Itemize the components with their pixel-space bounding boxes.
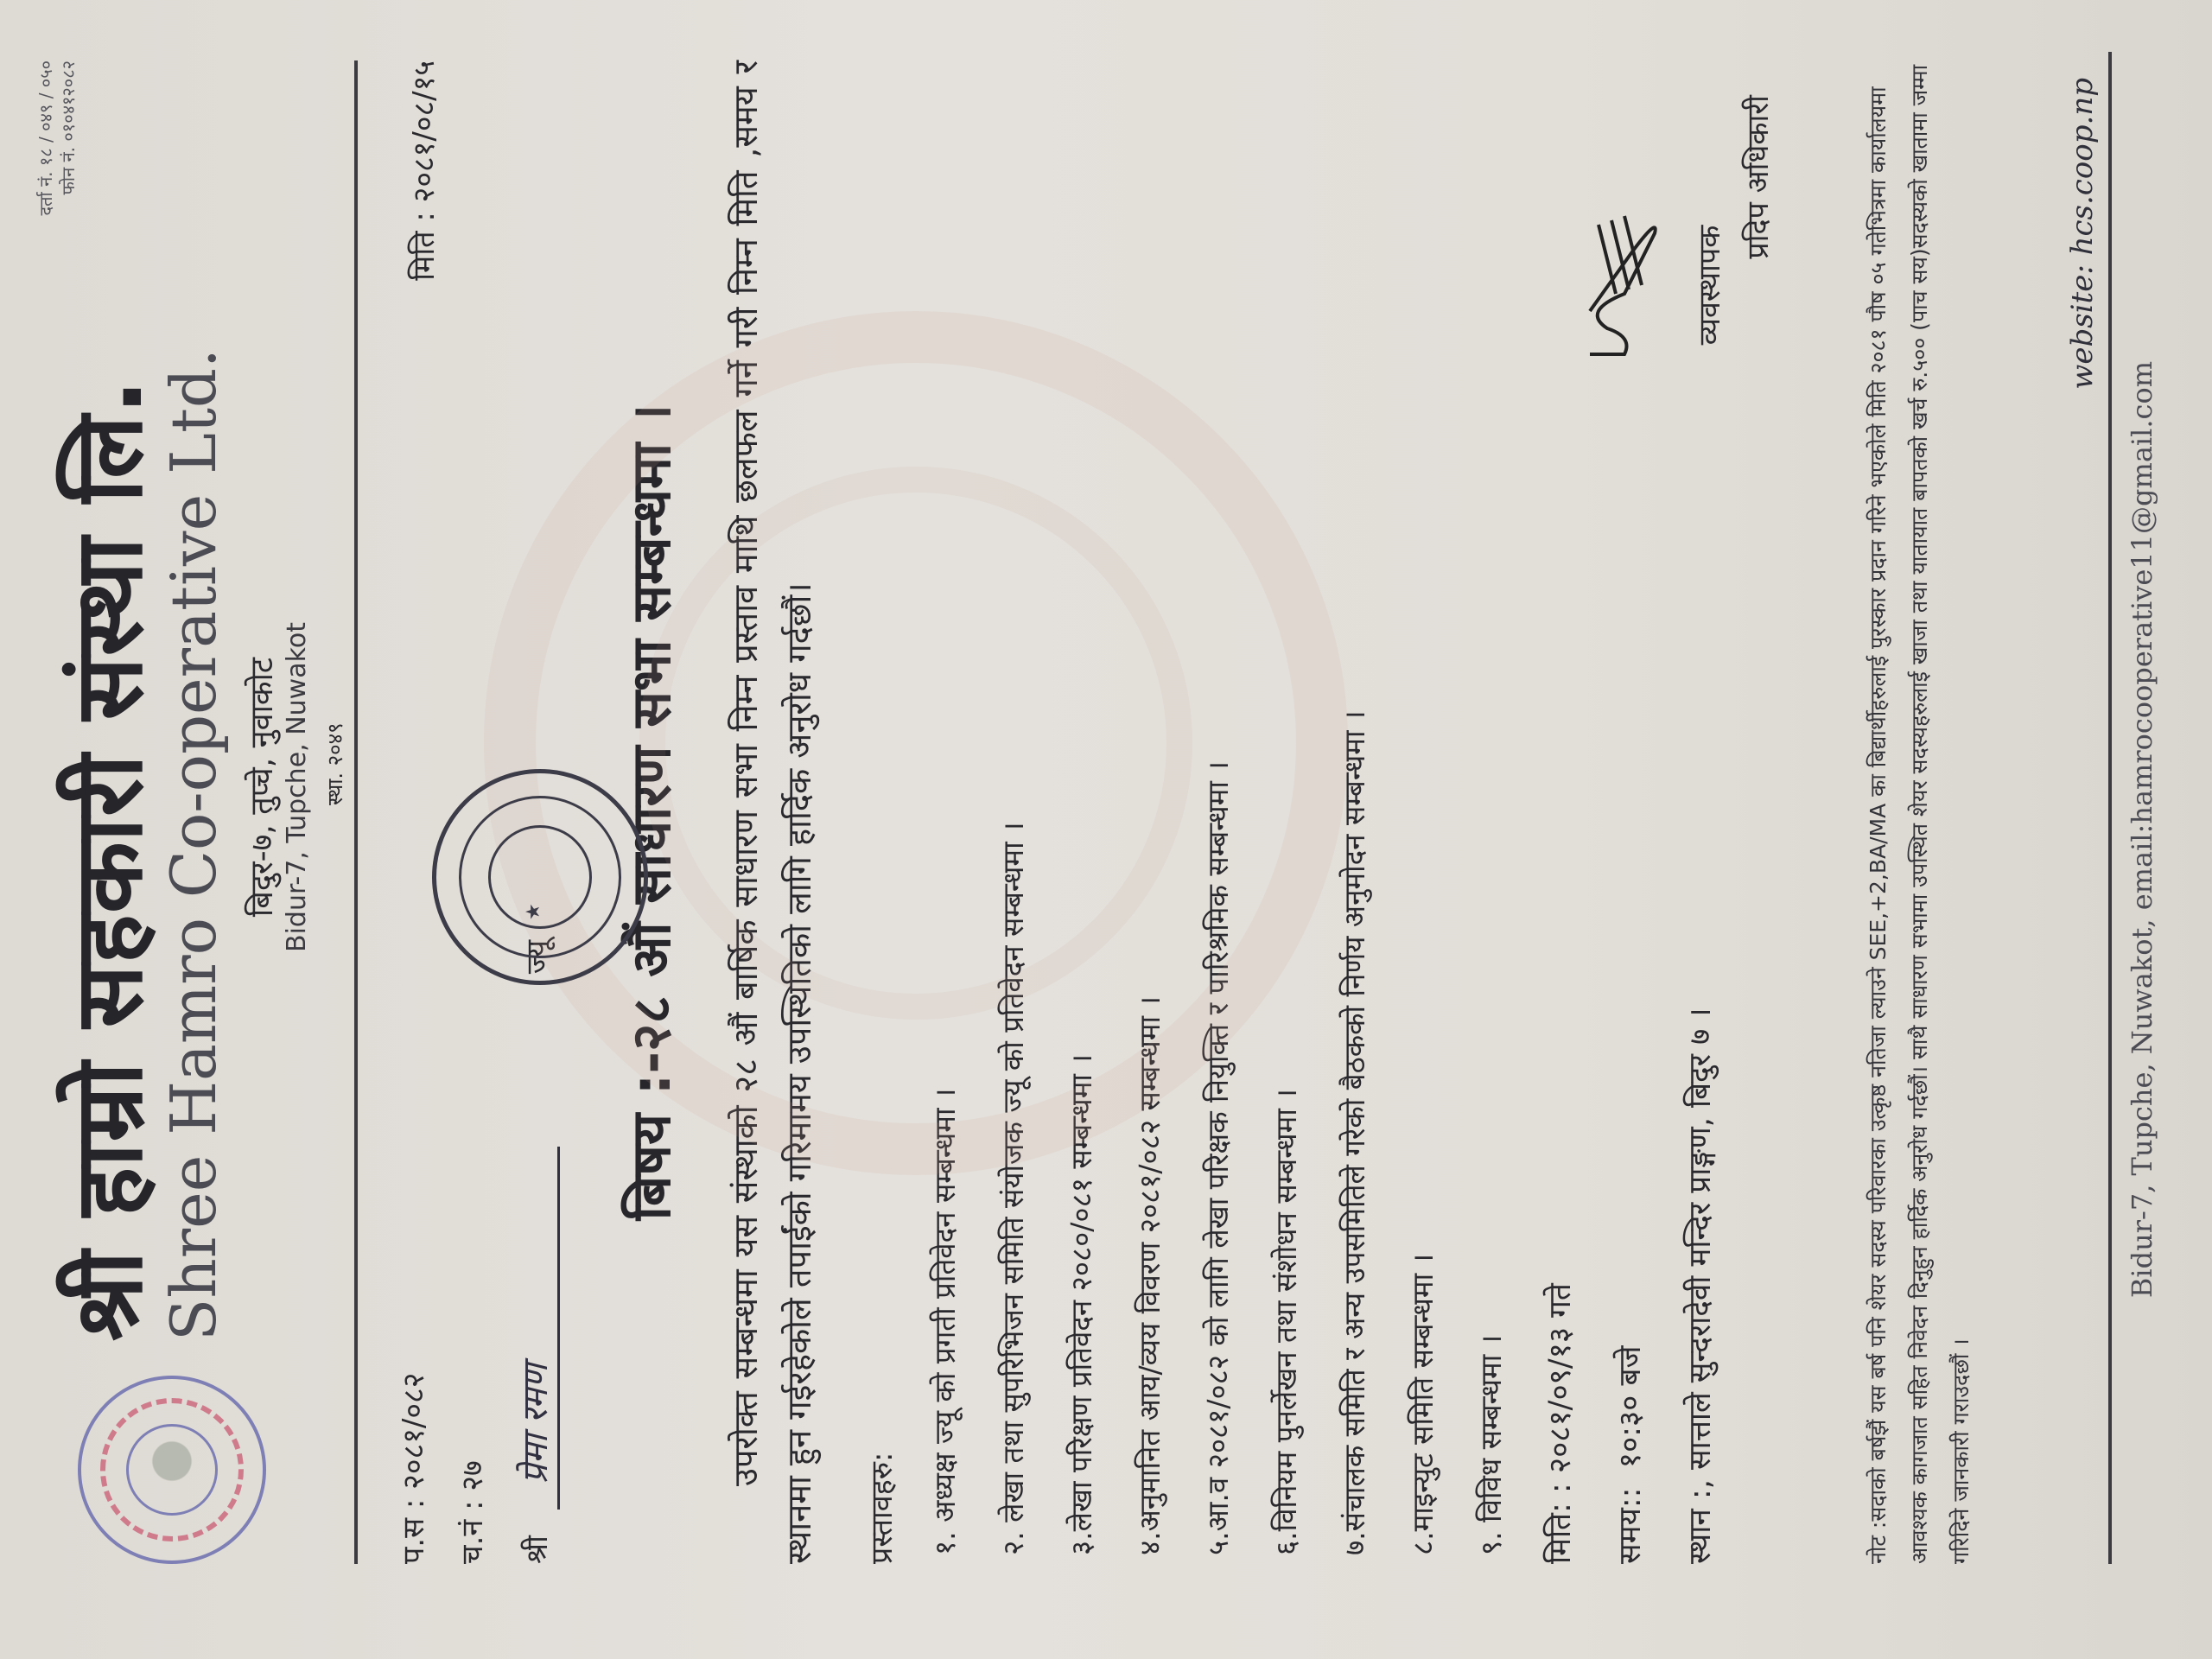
- official-stamp-icon: [432, 769, 648, 985]
- footer-divider: [2108, 52, 2112, 1564]
- address-english: Bidur-7, Tupche, Nuwakot: [282, 233, 312, 1341]
- org-name-english: Shree Hamro Co-operative Ltd.: [162, 60, 227, 1341]
- agenda-item: २. लेखा तथा सुपरिभिजन समिति संयोजक ज्यू …: [993, 60, 1032, 1555]
- footer-address: Bidur-7, Tupche, Nuwakot, email:hamrocoo…: [2126, 0, 2158, 1659]
- registration-number: दर्ता नं. १८ / ०४९ / ०५०: [35, 60, 57, 215]
- recipient-line: श्री प्रेमा रमण ज्यू: [510, 940, 560, 1564]
- note-paragraph: नोट :सदाको बर्षझैं यस बर्ष पनि शेयर सदस्…: [1858, 60, 1982, 1564]
- agenda-item: ८.माइन्युट समिति सम्बन्धमा ।: [1402, 60, 1441, 1555]
- agenda-item: ७.संचालक समिति र अन्य उपसमितिले गरेको बै…: [1334, 60, 1373, 1555]
- org-name-nepali: श्री हाम्रो सहकारी संस्था लि.: [60, 60, 158, 1341]
- signature-block: व्यवस्थापक: [1573, 207, 1728, 363]
- letterhead-titles: श्री हाम्रो सहकारी संस्था लि. Shree Hamr…: [60, 60, 349, 1341]
- agenda-item: ४.अनुमानित आय/व्यय विवरण २०८१/०८२ सम्बन्…: [1129, 60, 1168, 1555]
- signatory-title: व्यवस्थापक: [1688, 207, 1728, 363]
- handwritten-signature-icon: [1573, 207, 1668, 363]
- proposals-heading: प्रस्तावहरु:: [861, 60, 900, 1564]
- agenda-item: ९. विविध सम्बन्धमा ।: [1471, 60, 1510, 1555]
- letter-number: प.स : २०८१/०८२: [392, 940, 432, 1564]
- agenda-item: ५.आ.व २०८१/०८२ को लागि लेखा परिक्षक नियु…: [1198, 60, 1236, 1555]
- address-nepali: बिदुर-७, तुप्चे, नुवाकोट: [239, 233, 282, 1341]
- agenda-item: १. अध्यक्ष ज्यू को प्रगती प्रतिवेदन सम्ब…: [925, 60, 963, 1555]
- agenda-list: १. अध्यक्ष ज्यू को प्रगती प्रतिवेदन सम्ब…: [925, 60, 1510, 1564]
- cooperative-seal-icon: [78, 1376, 266, 1564]
- header-divider: [354, 60, 358, 1564]
- agenda-item: ६.विनियम पुनर्लेखन तथा संशोधन सम्बन्धमा …: [1266, 60, 1305, 1555]
- letter-page: स्था. २०४९ दर्ता नं. १८ / ०४९ / ०५० फोन …: [0, 0, 2212, 1659]
- website-handwritten: website: hcs.coop.np: [2065, 78, 2100, 390]
- established-label: स्था. २०४९: [321, 60, 349, 805]
- reference-block: प.स : २०८१/०८२ च.नं : २७ श्री प्रेमा रमण…: [392, 940, 579, 1564]
- dispatch-number: च.नं : २७: [451, 940, 491, 1564]
- letter-date: मिति : २०८१/०८/१५: [403, 60, 442, 281]
- agenda-item: ३.लेखा परिक्षण प्रतिवेदन २०८०/०८१ सम्बन्…: [1061, 60, 1100, 1555]
- recipient-prefix: श्री: [516, 1535, 556, 1564]
- letterhead: श्री हाम्रो सहकारी संस्था लि. Shree Hamr…: [60, 60, 349, 1564]
- recipient-name-handwritten: प्रेमा रमण: [510, 1147, 560, 1510]
- signatory-name: प्रदिप अधिकारी: [1737, 95, 1777, 259]
- body-paragraph: उपरोक्त सम्बन्धमा यस संस्थाको २८ औं बार्…: [719, 60, 826, 1564]
